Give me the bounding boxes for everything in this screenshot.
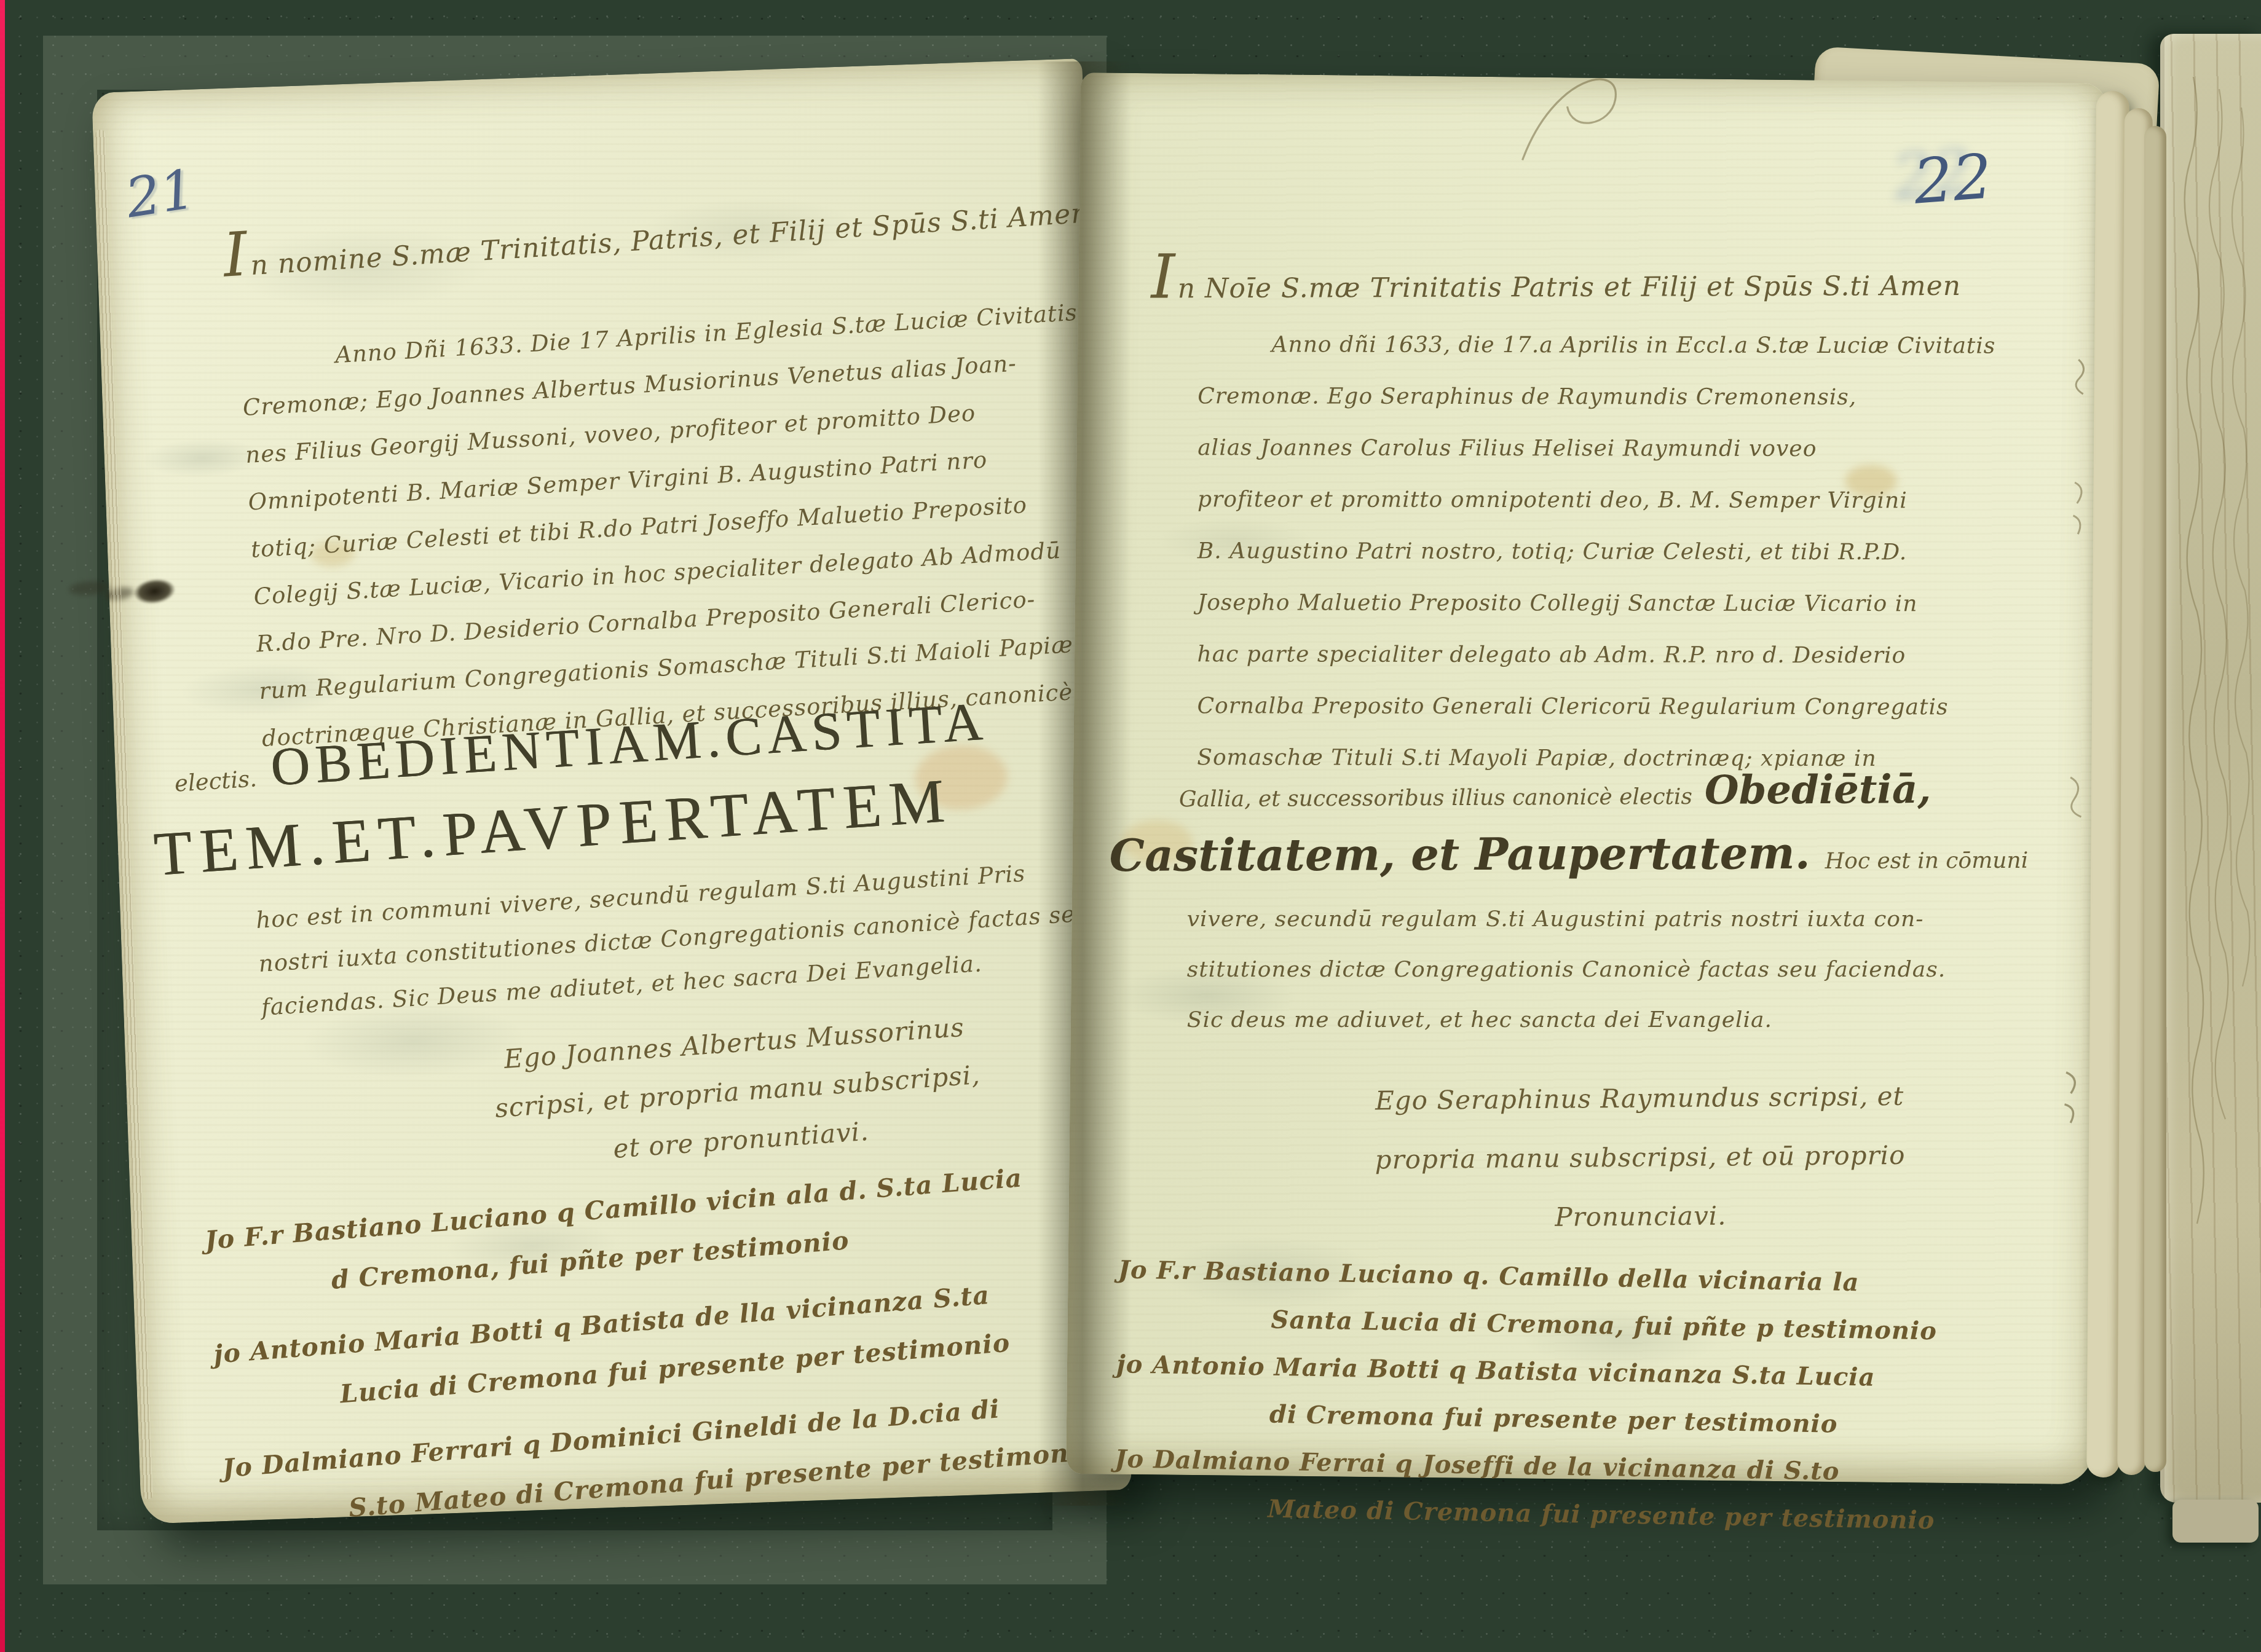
parchment-leaf-strip [2160,34,2261,1503]
vow-words-castitatem-paupertatem: Castitatem, et Paupertatem. [1110,827,1810,881]
manuscript-word: electis. [174,765,258,797]
witness-signatures-block: Jo F.r Bastiano Luciano q. Camillo della… [1114,1246,2079,1546]
professed-signature-block: Ego Seraphinus Raymundus scripsi, etprop… [1327,1066,1953,1249]
manuscript-line: profiteor et promitto omnipotenti deo, B… [1198,474,2067,527]
manuscript-line: Sic deus me adiuvet, et hec sancta dei E… [1187,995,2066,1045]
professed-signature-block: Ego Joannes Albertus Mussorinusscripsi, … [442,999,1033,1184]
right-page: 22 In Noīe S.mæ Trinitatis Patris et Fil… [1066,73,2109,1484]
witness-signatures-block: Jo F.r Bastiano Luciano q Camillo vicin … [203,1147,1119,1542]
manuscript-line: Cremonæ. Ego Seraphinus de Raymundis Cre… [1198,371,2067,423]
manuscript-word: Gallia, et successoribus illius canonicè… [1179,784,1692,812]
invocation-header: In Noīe S.mæ Trinitatis Patris et Filij … [1151,256,1961,309]
manuscript-line: Josepho Maluetio Preposito Collegij Sanc… [1198,577,2067,630]
signature-line: Ego Seraphinus Raymundus scripsi, et [1327,1066,1952,1131]
manuscript-line: Cornalba Preposito Generali Clericorū Re… [1197,680,2066,733]
signature-line: Pronunciavi. [1328,1184,1954,1249]
manuscript-line: stitutiones dictæ Congregationis Canonic… [1187,945,2066,995]
ink-blot [125,572,183,611]
manuscript-line: B. Augustino Patri nostro, totiq; Curiæ … [1198,525,2067,578]
parchment-script-decoration [2171,52,2257,1478]
manuscript-word: Hoc est in cōmuni [1825,848,2029,874]
profession-text-continuation: hoc est in communi vivere, secundū regul… [255,849,1076,1029]
vow-word-obedientiam: Obediētiā, [1705,766,1932,814]
manuscript-photo: 21 In nomine S.mæ Trinitatis, Patris, et… [0,0,2261,1652]
signature-line: propria manu subscripsi, et oū proprio [1327,1125,1953,1190]
witness-line: Jo F.r Bastiano Luciano q. Camillo della… [1118,1246,2078,1310]
manuscript-line: vivere, secundū regulam S.ti Augustini p… [1187,894,2066,945]
page-number-21: 21 [121,157,199,230]
profession-text-paragraph: Anno dñi 1633, die 17.a Aprilis in Eccl.… [1197,319,2067,785]
manuscript-line: alias Joannes Carolus Filius Helisei Ray… [1198,422,2067,475]
left-page: 21 In nomine S.mæ Trinitatis, Patris, et… [92,58,1132,1524]
profession-text-continuation: vivere, secundū regulam S.ti Augustini p… [1187,894,2066,1045]
pen-flourish [1510,55,1683,186]
manuscript-line: Anno dñi 1633, die 17.a Aprilis in Eccl.… [1198,319,2067,372]
profession-text-paragraph: Anno Dñi 1633. Die 17 Aprilis in Eglesia… [239,290,1076,762]
manuscript-line: hac parte specialiter delegato ab Adm. R… [1198,629,2067,682]
page-edge-stack [2144,126,2166,1472]
vow-display-line-2: Castitatem, et Paupertatem. Hoc est in c… [1110,826,2029,881]
spine-edge-red-strip [0,0,5,1652]
vow-display-line-1: Gallia, et successoribus illius canonicè… [1179,766,1932,816]
parchment-leaf-foot [2172,1500,2259,1543]
invocation-header: In nomine S.mæ Trinitatis, Patris, et Fi… [222,182,1099,286]
page-number-22: 22 [1911,140,1995,218]
